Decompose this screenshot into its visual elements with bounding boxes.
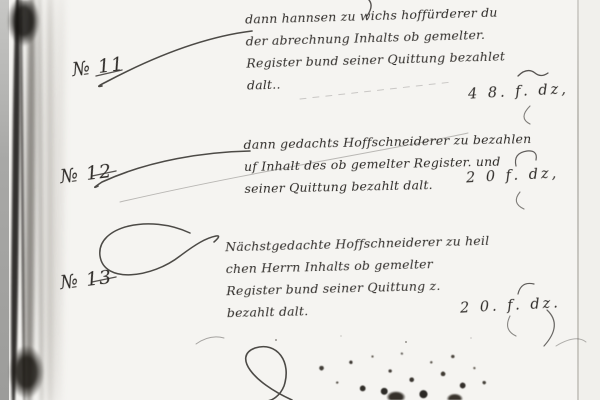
entry-1-text: dann hannsen zu wichs hoffürderer du der… [245, 1, 506, 96]
binding-ink-blot [6, 0, 50, 70]
entry-2-amount: 2 0 f. dz, [466, 166, 560, 187]
page-right-margin [579, 0, 600, 400]
entry-1-number: № 11 [71, 53, 125, 81]
ink-blot-cluster [298, 342, 494, 400]
entry-3-number: № 13 [59, 266, 113, 294]
entry-2-number: № 12 [59, 160, 113, 188]
entry-2-text: dann gedachts Hoffschneiderer zu bezahle… [243, 128, 532, 200]
binding-ink-blot [4, 330, 54, 400]
manuscript-scan-page: № 11 dann hannsen zu wichs hoffürderer d… [0, 0, 600, 400]
book-binding-edge [6, 0, 66, 400]
entry-3-text: Nächstgedachte Hoffschneiderer zu heil c… [225, 230, 491, 324]
binding-streak [54, 0, 64, 400]
